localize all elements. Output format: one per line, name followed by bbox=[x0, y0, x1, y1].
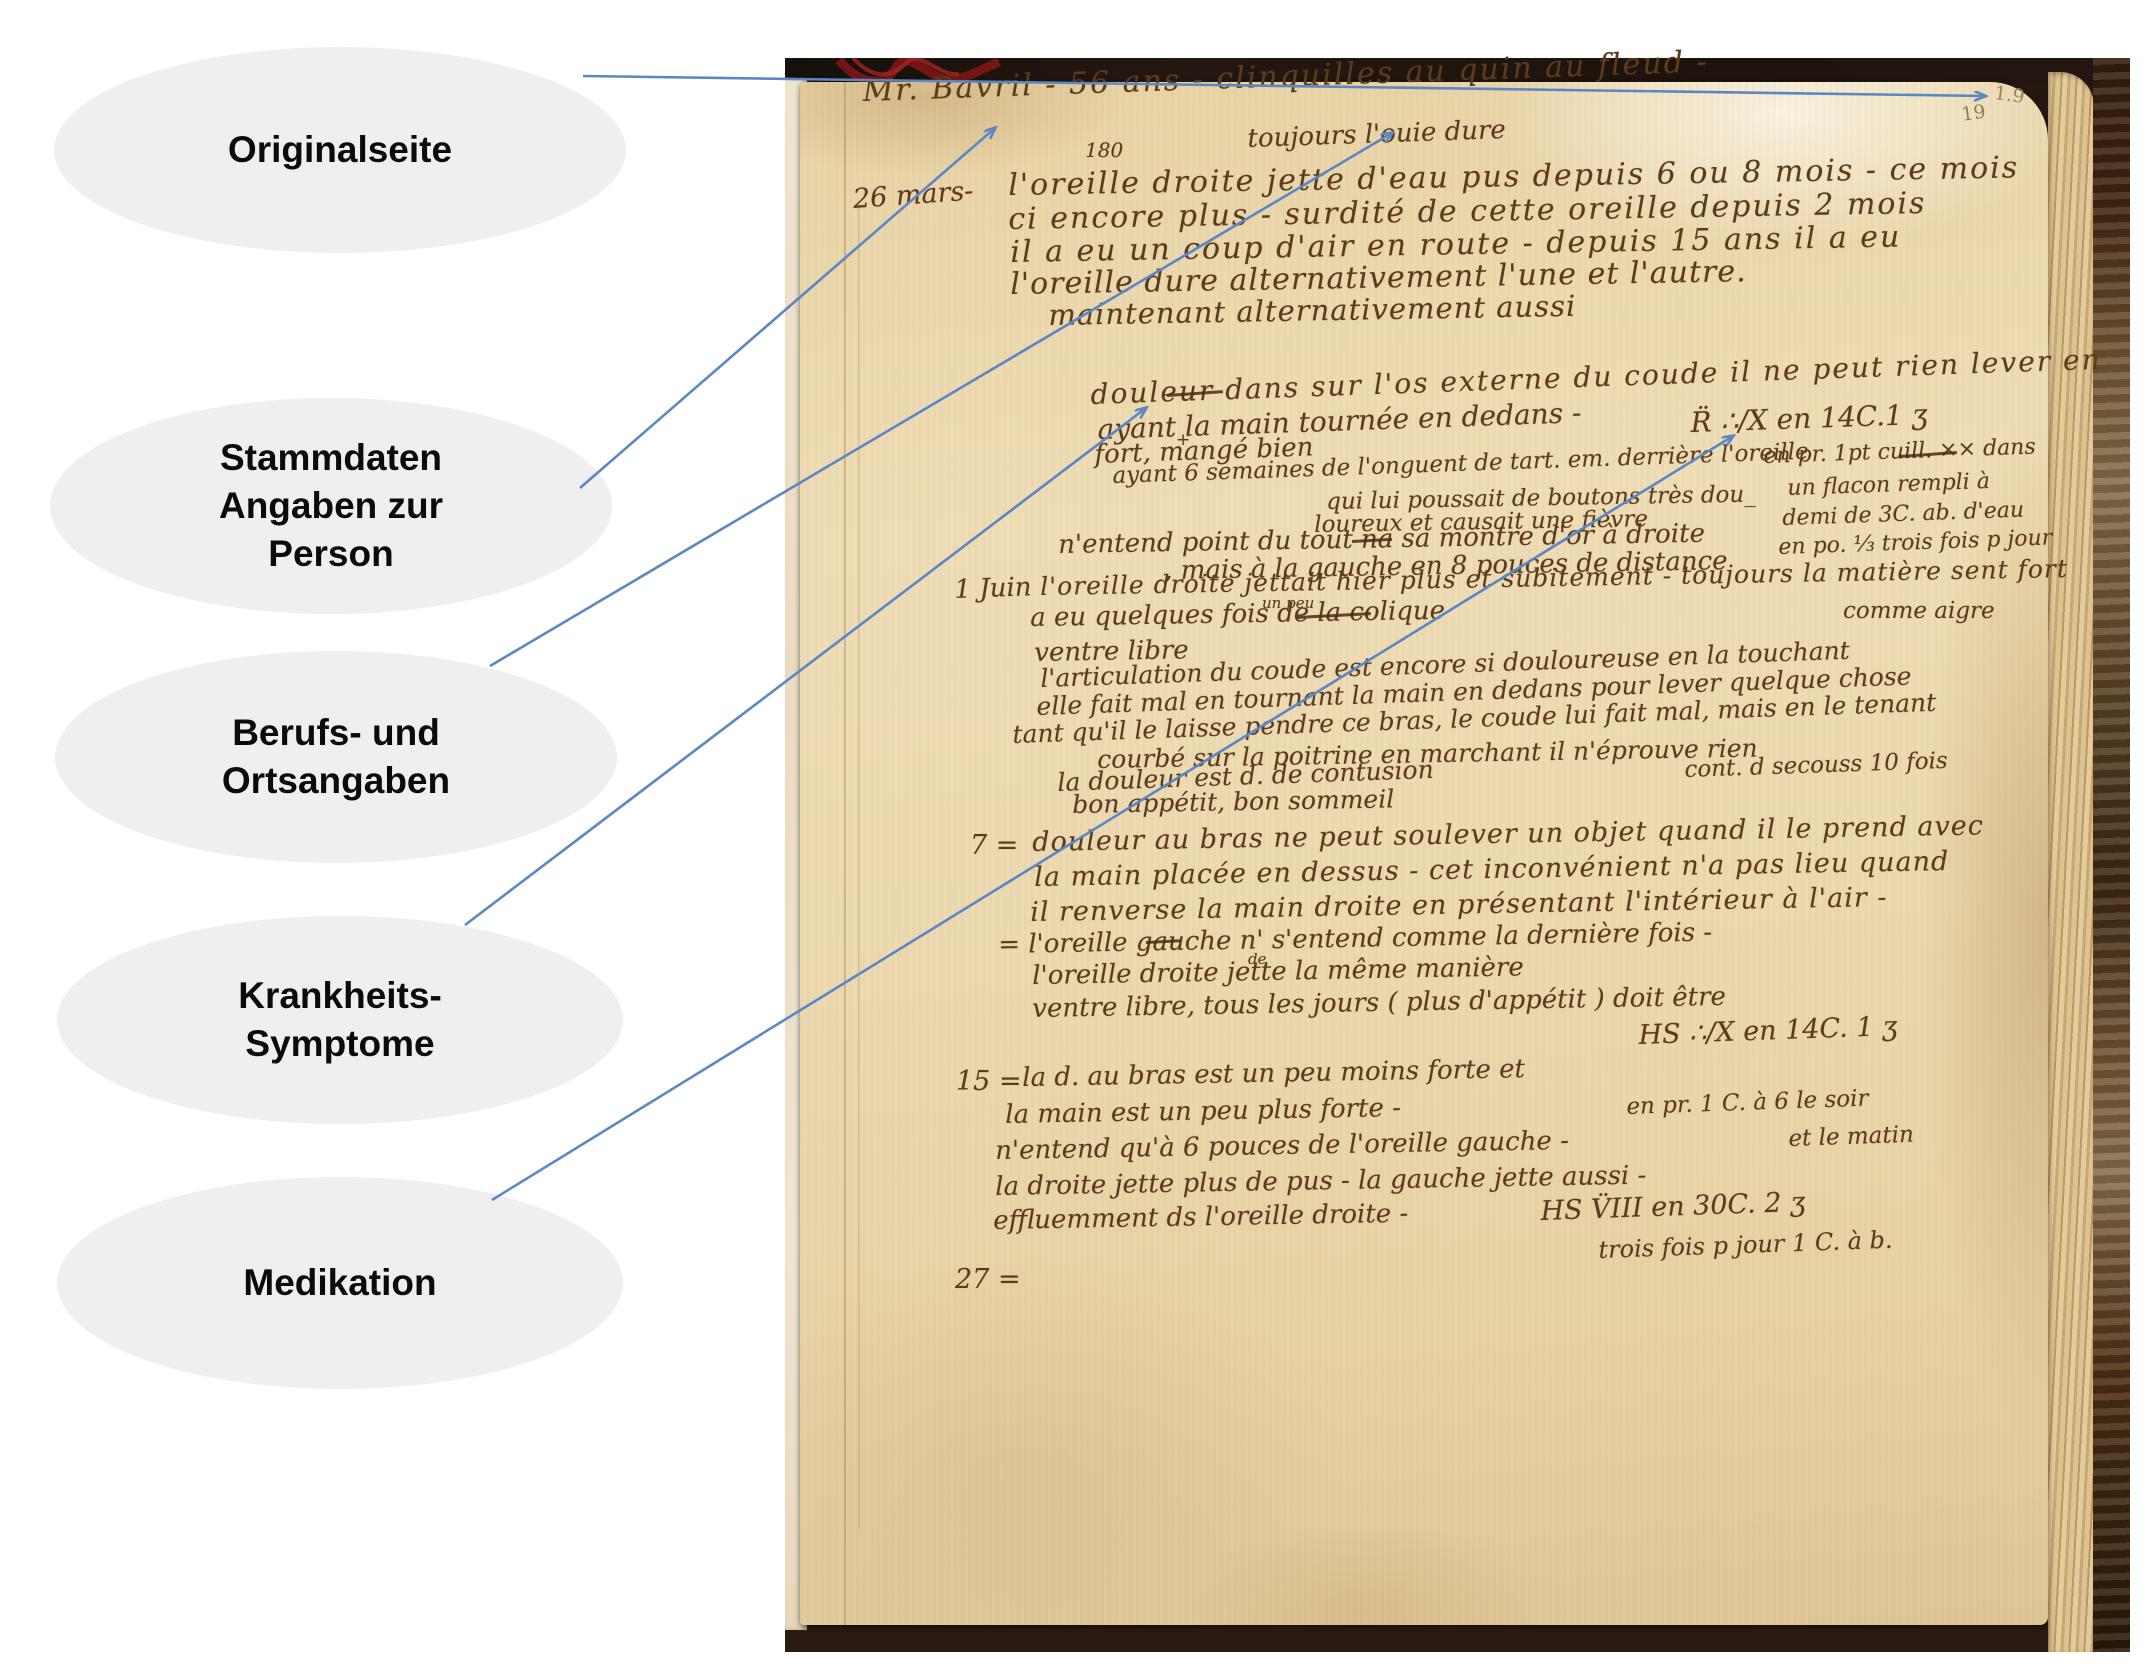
manuscript-line: 19 bbox=[1960, 101, 1987, 126]
manuscript-line: bon appétit, bon sommeil bbox=[1072, 784, 1394, 819]
label-text-medikation: Medikation bbox=[243, 1259, 436, 1307]
manuscript-line: 1.9 bbox=[1993, 82, 2026, 108]
cover-mottling bbox=[2093, 58, 2130, 1652]
book-cover-right bbox=[2093, 58, 2130, 1652]
manuscript-line: et le matin bbox=[1788, 1122, 1914, 1152]
label-ellipse-originalseite: Originalseite bbox=[54, 47, 626, 253]
label-text-krankheits: Krankheits-Symptome bbox=[238, 972, 442, 1068]
page-crease bbox=[858, 202, 860, 1529]
manuscript-line: 15 = bbox=[956, 1066, 1022, 1097]
label-ellipse-medikation: Medikation bbox=[57, 1177, 623, 1389]
manuscript-line: 27 = bbox=[955, 1264, 1021, 1295]
label-ellipse-stammdaten: StammdatenAngaben zurPerson bbox=[50, 398, 612, 614]
manuscript-line: 1 Juin bbox=[954, 572, 1032, 605]
manuscript-line: comme aigre bbox=[1843, 598, 1995, 624]
label-text-stammdaten: StammdatenAngaben zurPerson bbox=[219, 434, 443, 578]
manuscript-line: 7 = bbox=[970, 830, 1018, 861]
manuscript-line: 180 bbox=[1085, 138, 1123, 162]
page-crease bbox=[844, 82, 846, 1625]
label-text-originalseite: Originalseite bbox=[228, 126, 452, 174]
label-ellipse-berufs: Berufs- undOrtsangaben bbox=[55, 651, 617, 863]
label-ellipse-krankheits: Krankheits-Symptome bbox=[57, 916, 623, 1124]
manuscript-line: + bbox=[1176, 430, 1190, 450]
label-text-berufs: Berufs- undOrtsangaben bbox=[222, 709, 450, 805]
page-stack-edges bbox=[2048, 72, 2094, 1652]
slide: Mr. Bavril - 56 ans - clinquilles au qui… bbox=[0, 0, 2148, 1672]
